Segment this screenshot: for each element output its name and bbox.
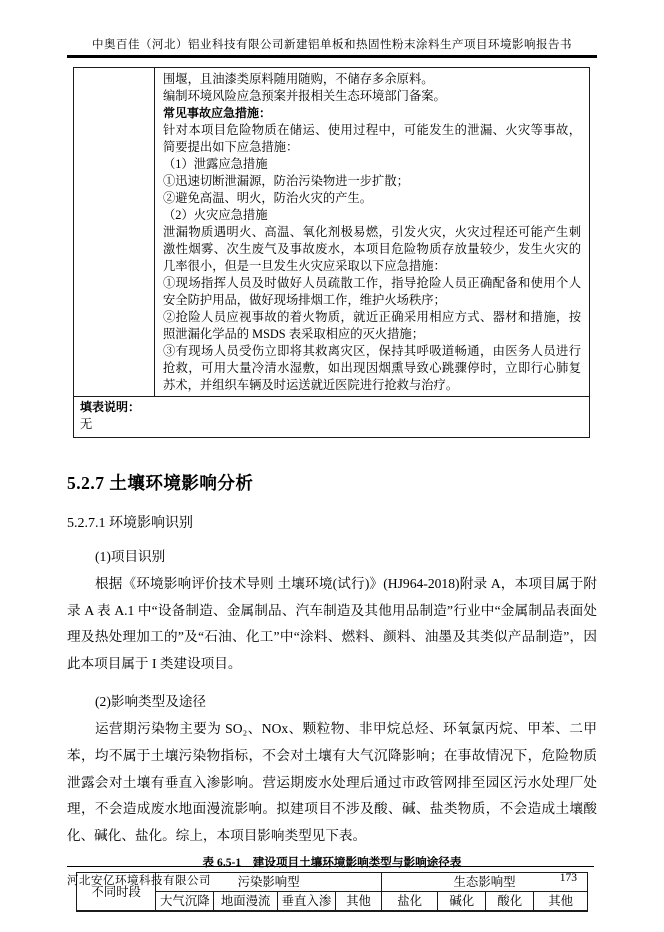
list-item-impact-type: (2)影响类型及途径 <box>67 690 597 710</box>
measure-paragraph: ②避免高温、明火，防治火灾的产生。 <box>163 190 581 207</box>
page-footer: 河北安亿环境科技有限公司 173 <box>67 866 594 888</box>
emergency-measures-table: 围堰，且油漆类原料随用随购，不储存多余原料。 编制环境风险应急预案并报相关生态环… <box>73 67 590 438</box>
footer-row: 河北安亿环境科技有限公司 173 <box>67 867 594 888</box>
column-header: 酸化 <box>486 892 534 912</box>
form-note-label: 填表说明： <box>80 399 583 416</box>
document-page: 中奥百佳（河北）铝业科技有限公司新建铝单板和热固性粉末涂料生产项目环境影响报告书… <box>0 0 664 932</box>
measure-subheading: 常见事故应急措施： <box>163 105 581 122</box>
body-paragraph: 根据《环境影响评价技术导则 土壤环境(试行)》(HJ964-2018)附录 A，… <box>67 571 597 677</box>
column-header: 其他 <box>336 892 382 912</box>
measure-paragraph: 针对本项目危险物质在储运、使用过程中，可能发生的泄漏、火灾等事故，简要提出如下应… <box>163 122 581 156</box>
measure-paragraph: （2）火灾应急措施 <box>163 207 581 224</box>
measure-paragraph: ②抢险人员应视事故的着火物质，就近正确采用相应方式、器材和措施，按照泄漏化学品的… <box>163 309 581 343</box>
page-number: 173 <box>560 872 594 888</box>
column-header: 其他 <box>534 892 588 912</box>
measure-paragraph: ①迅速切断泄漏源，防治污染物进一步扩散； <box>163 173 581 190</box>
page-content: 中奥百佳（河北）铝业科技有限公司新建铝单板和热固性粉末涂料生产项目环境影响报告书… <box>0 0 664 912</box>
subsection-heading: 5.2.7.1 环境影响识别 <box>67 512 597 532</box>
risk-table-content-cell: 围堰，且油漆类原料随用随购，不储存多余原料。 编制环境风险应急预案并报相关生态环… <box>155 68 590 397</box>
measure-paragraph: （1）泄露应急措施 <box>163 156 581 173</box>
table-row: 围堰，且油漆类原料随用随购，不储存多余原料。 编制环境风险应急预案并报相关生态环… <box>74 68 590 397</box>
running-header-title: 中奥百佳（河北）铝业科技有限公司新建铝单板和热固性粉末涂料生产项目环境影响报告书 <box>67 0 597 52</box>
measure-paragraph: 围堰，且油漆类原料随用随购，不储存多余原料。 <box>163 71 581 88</box>
header-double-rule <box>67 55 597 58</box>
table-row: 填表说明： 无 <box>74 397 590 438</box>
measure-paragraph: 编制环境风险应急预案并报相关生态环境部门备案。 <box>163 88 581 105</box>
column-header: 地面漫流 <box>214 892 277 912</box>
form-note-cell: 填表说明： 无 <box>74 397 590 438</box>
column-header: 盐化 <box>382 892 438 912</box>
measure-paragraph: ③有现场人员受伤立即将其救离灾区，保持其呼吸道畅通，由医务人员进行抢救，可用大量… <box>163 343 581 394</box>
body-paragraph: 运营期污染物主要为 SO₂、NOx、颗粒物、非甲烷总烃、环氧氯丙烷、甲苯、二甲苯… <box>67 716 597 849</box>
risk-table-label-cell <box>74 68 155 397</box>
column-header: 碱化 <box>438 892 486 912</box>
section-heading: 5.2.7 土壤环境影响分析 <box>67 470 597 495</box>
form-note-value: 无 <box>80 416 583 433</box>
footer-company-name: 河北安亿环境科技有限公司 <box>67 872 211 888</box>
column-header: 大气沉降 <box>156 892 214 912</box>
list-item-project-identify: (1)项目识别 <box>67 545 597 565</box>
measure-paragraph: ①现场指挥人员及时做好人员疏散工作，指导抢险人员正确配备和使用个人安全防护用品，… <box>163 275 581 309</box>
column-header: 垂直入渗 <box>277 892 335 912</box>
measure-paragraph: 泄漏物质遇明火、高温、氧化剂极易燃，引发火灾，火灾过程还可能产生刺激性烟雾、次生… <box>163 224 581 275</box>
